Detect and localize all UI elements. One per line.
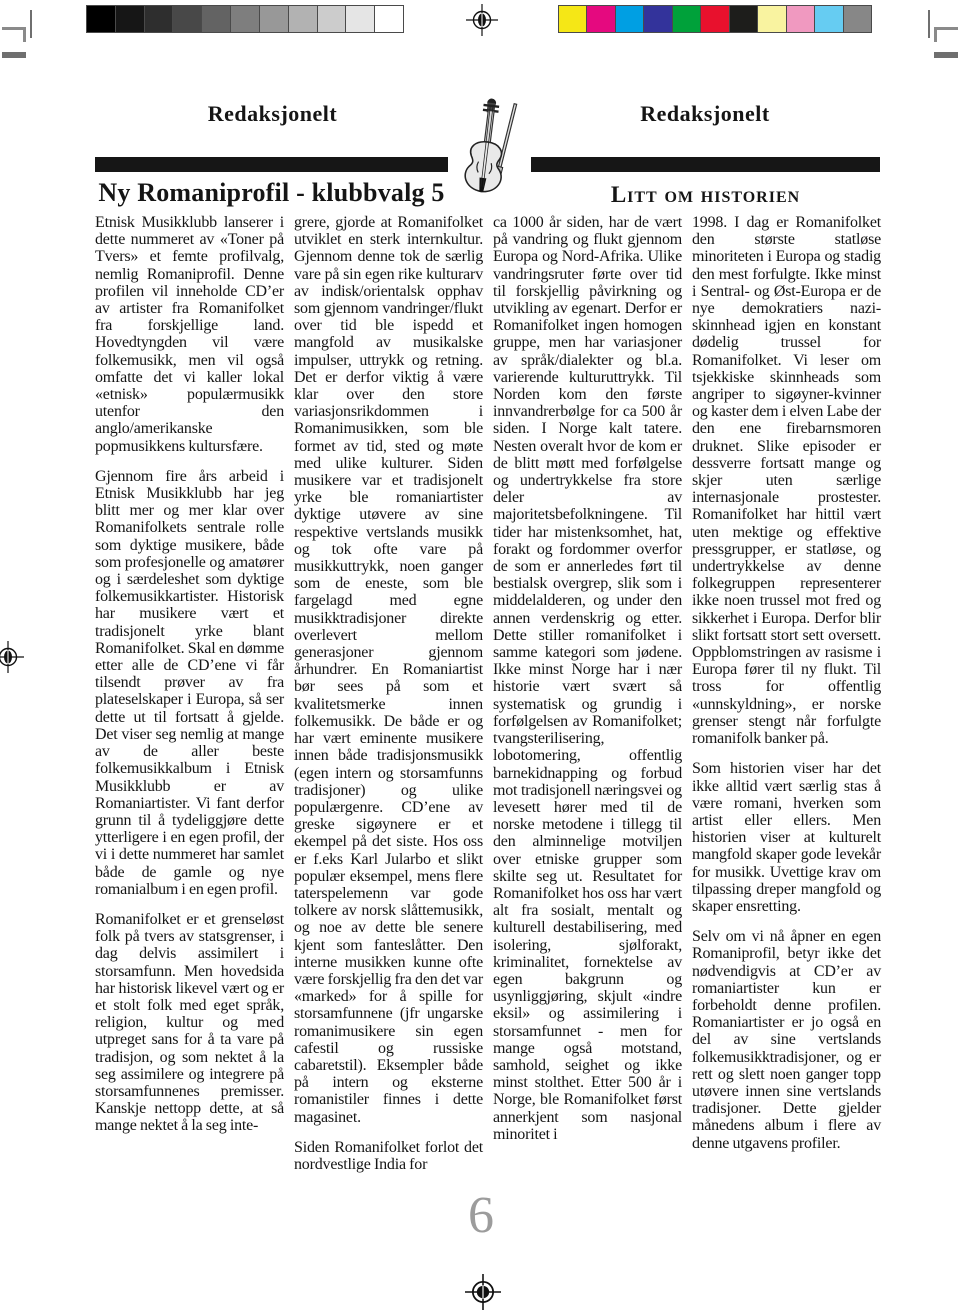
- paragraph: ca 1000 år siden, har de vært på vandrin…: [493, 214, 682, 1143]
- paragraph: Romanifolket er et grenseløst folk på tv…: [95, 911, 284, 1135]
- calibration-swatch: [346, 6, 375, 32]
- text-column-4: 1998. I dag er Romanifolket den største …: [692, 214, 881, 1186]
- calibration-swatch: [375, 6, 403, 32]
- calibration-swatch: [202, 6, 231, 32]
- calibration-swatch: [644, 6, 672, 32]
- registration-mark-icon: [466, 4, 498, 36]
- calibration-swatch: [844, 6, 871, 32]
- paragraph: Siden Romanifolket forlot det nordvestli…: [294, 1139, 483, 1173]
- text-column-3: ca 1000 år siden, har de vært på vandrin…: [493, 214, 682, 1186]
- calibration-swatch: [559, 6, 587, 32]
- right-article-title: Litt om historien: [531, 182, 880, 208]
- calibration-swatch: [616, 6, 644, 32]
- calibration-swatch: [815, 6, 843, 32]
- calibration-swatch: [787, 6, 815, 32]
- article-body: Etnisk Musikklubb lanserer i dette numme…: [95, 214, 881, 1186]
- text-column-1: Etnisk Musikklubb lanserer i dette numme…: [95, 214, 284, 1186]
- calibration-swatch: [730, 6, 758, 32]
- crop-mark: [934, 52, 958, 58]
- violin-icon: [447, 95, 529, 197]
- calibration-swatch: [145, 6, 174, 32]
- crop-mark: [934, 27, 958, 30]
- calibration-swatch: [260, 6, 289, 32]
- calibration-swatch: [318, 6, 347, 32]
- crop-mark: [934, 27, 937, 42]
- registration-mark-icon: [0, 641, 24, 673]
- paragraph: Selv om vi nå åpner en egen Romaniprofil…: [692, 928, 881, 1152]
- header-rule-left: [95, 157, 448, 172]
- calibration-swatch: [758, 6, 786, 32]
- left-section-header: Redaksjonelt: [95, 101, 450, 127]
- calibration-swatch: [673, 6, 701, 32]
- paragraph: Gjennom fire års arbeid i Etnisk Musikkl…: [95, 468, 284, 898]
- grayscale-calibration-bar: [86, 5, 404, 33]
- calibration-swatch: [701, 6, 729, 32]
- paragraph: 1998. I dag er Romanifolket den største …: [692, 214, 881, 747]
- text-column-2: grere, gjorde at Romanifolket utviklet e…: [294, 214, 483, 1186]
- calibration-swatch: [231, 6, 260, 32]
- calibration-swatch: [173, 6, 202, 32]
- calibration-swatch: [289, 6, 318, 32]
- paragraph: Som historien viser har det ikke alltid …: [692, 760, 881, 915]
- registration-mark-icon: [465, 1274, 501, 1310]
- page-number: 6: [456, 1190, 506, 1242]
- color-calibration-bar: [558, 5, 872, 33]
- paragraph: grere, gjorde at Romanifolket utviklet e…: [294, 214, 483, 1126]
- calibration-swatch: [87, 6, 116, 32]
- calibration-swatch: [116, 6, 145, 32]
- crop-mark: [928, 10, 930, 38]
- calibration-swatch: [587, 6, 615, 32]
- crop-mark: [2, 52, 26, 58]
- crop-mark: [23, 27, 26, 42]
- right-section-header: Redaksjonelt: [530, 101, 880, 127]
- crop-mark: [30, 10, 32, 38]
- paragraph: Etnisk Musikklubb lanserer i dette numme…: [95, 214, 284, 455]
- left-article-title: Ny Romaniprofil - klubbvalg 5: [95, 178, 448, 208]
- header-rule-right: [531, 157, 880, 172]
